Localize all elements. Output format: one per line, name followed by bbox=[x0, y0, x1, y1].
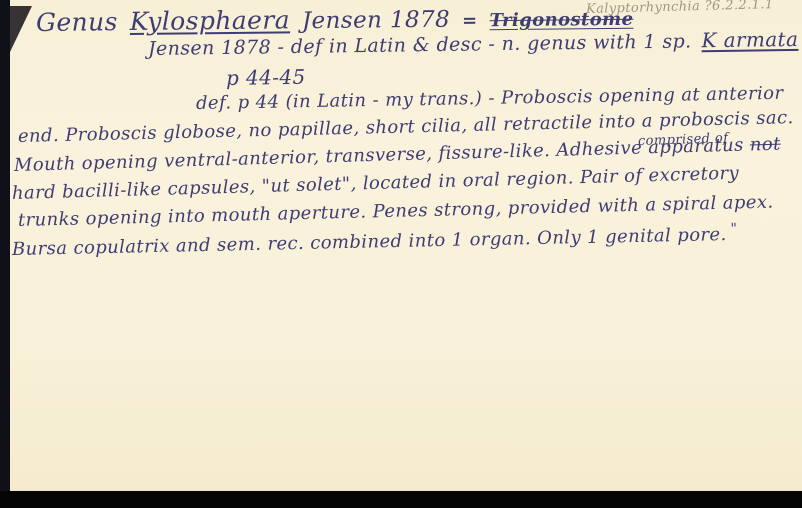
scan-left-margin bbox=[0, 0, 10, 508]
equals-sign: = bbox=[462, 10, 478, 31]
genus-name: Kylosphaera bbox=[130, 5, 290, 36]
species-name: K armata bbox=[701, 27, 798, 52]
synonym-name: Trigonostome bbox=[489, 9, 633, 32]
scanned-index-card: Kalyptorhynchia ?6.2.2.1.1 GenusKylospha… bbox=[0, 0, 802, 508]
author-year: Jensen 1878 bbox=[302, 7, 450, 35]
struck-word: not bbox=[750, 134, 781, 156]
genus-label: Genus bbox=[36, 7, 118, 37]
closing-quote-mark: " bbox=[730, 221, 737, 237]
page-range: p 44-45 bbox=[226, 65, 306, 90]
inserted-correction: comprised of bbox=[638, 131, 729, 149]
scan-bottom-margin bbox=[0, 491, 802, 508]
